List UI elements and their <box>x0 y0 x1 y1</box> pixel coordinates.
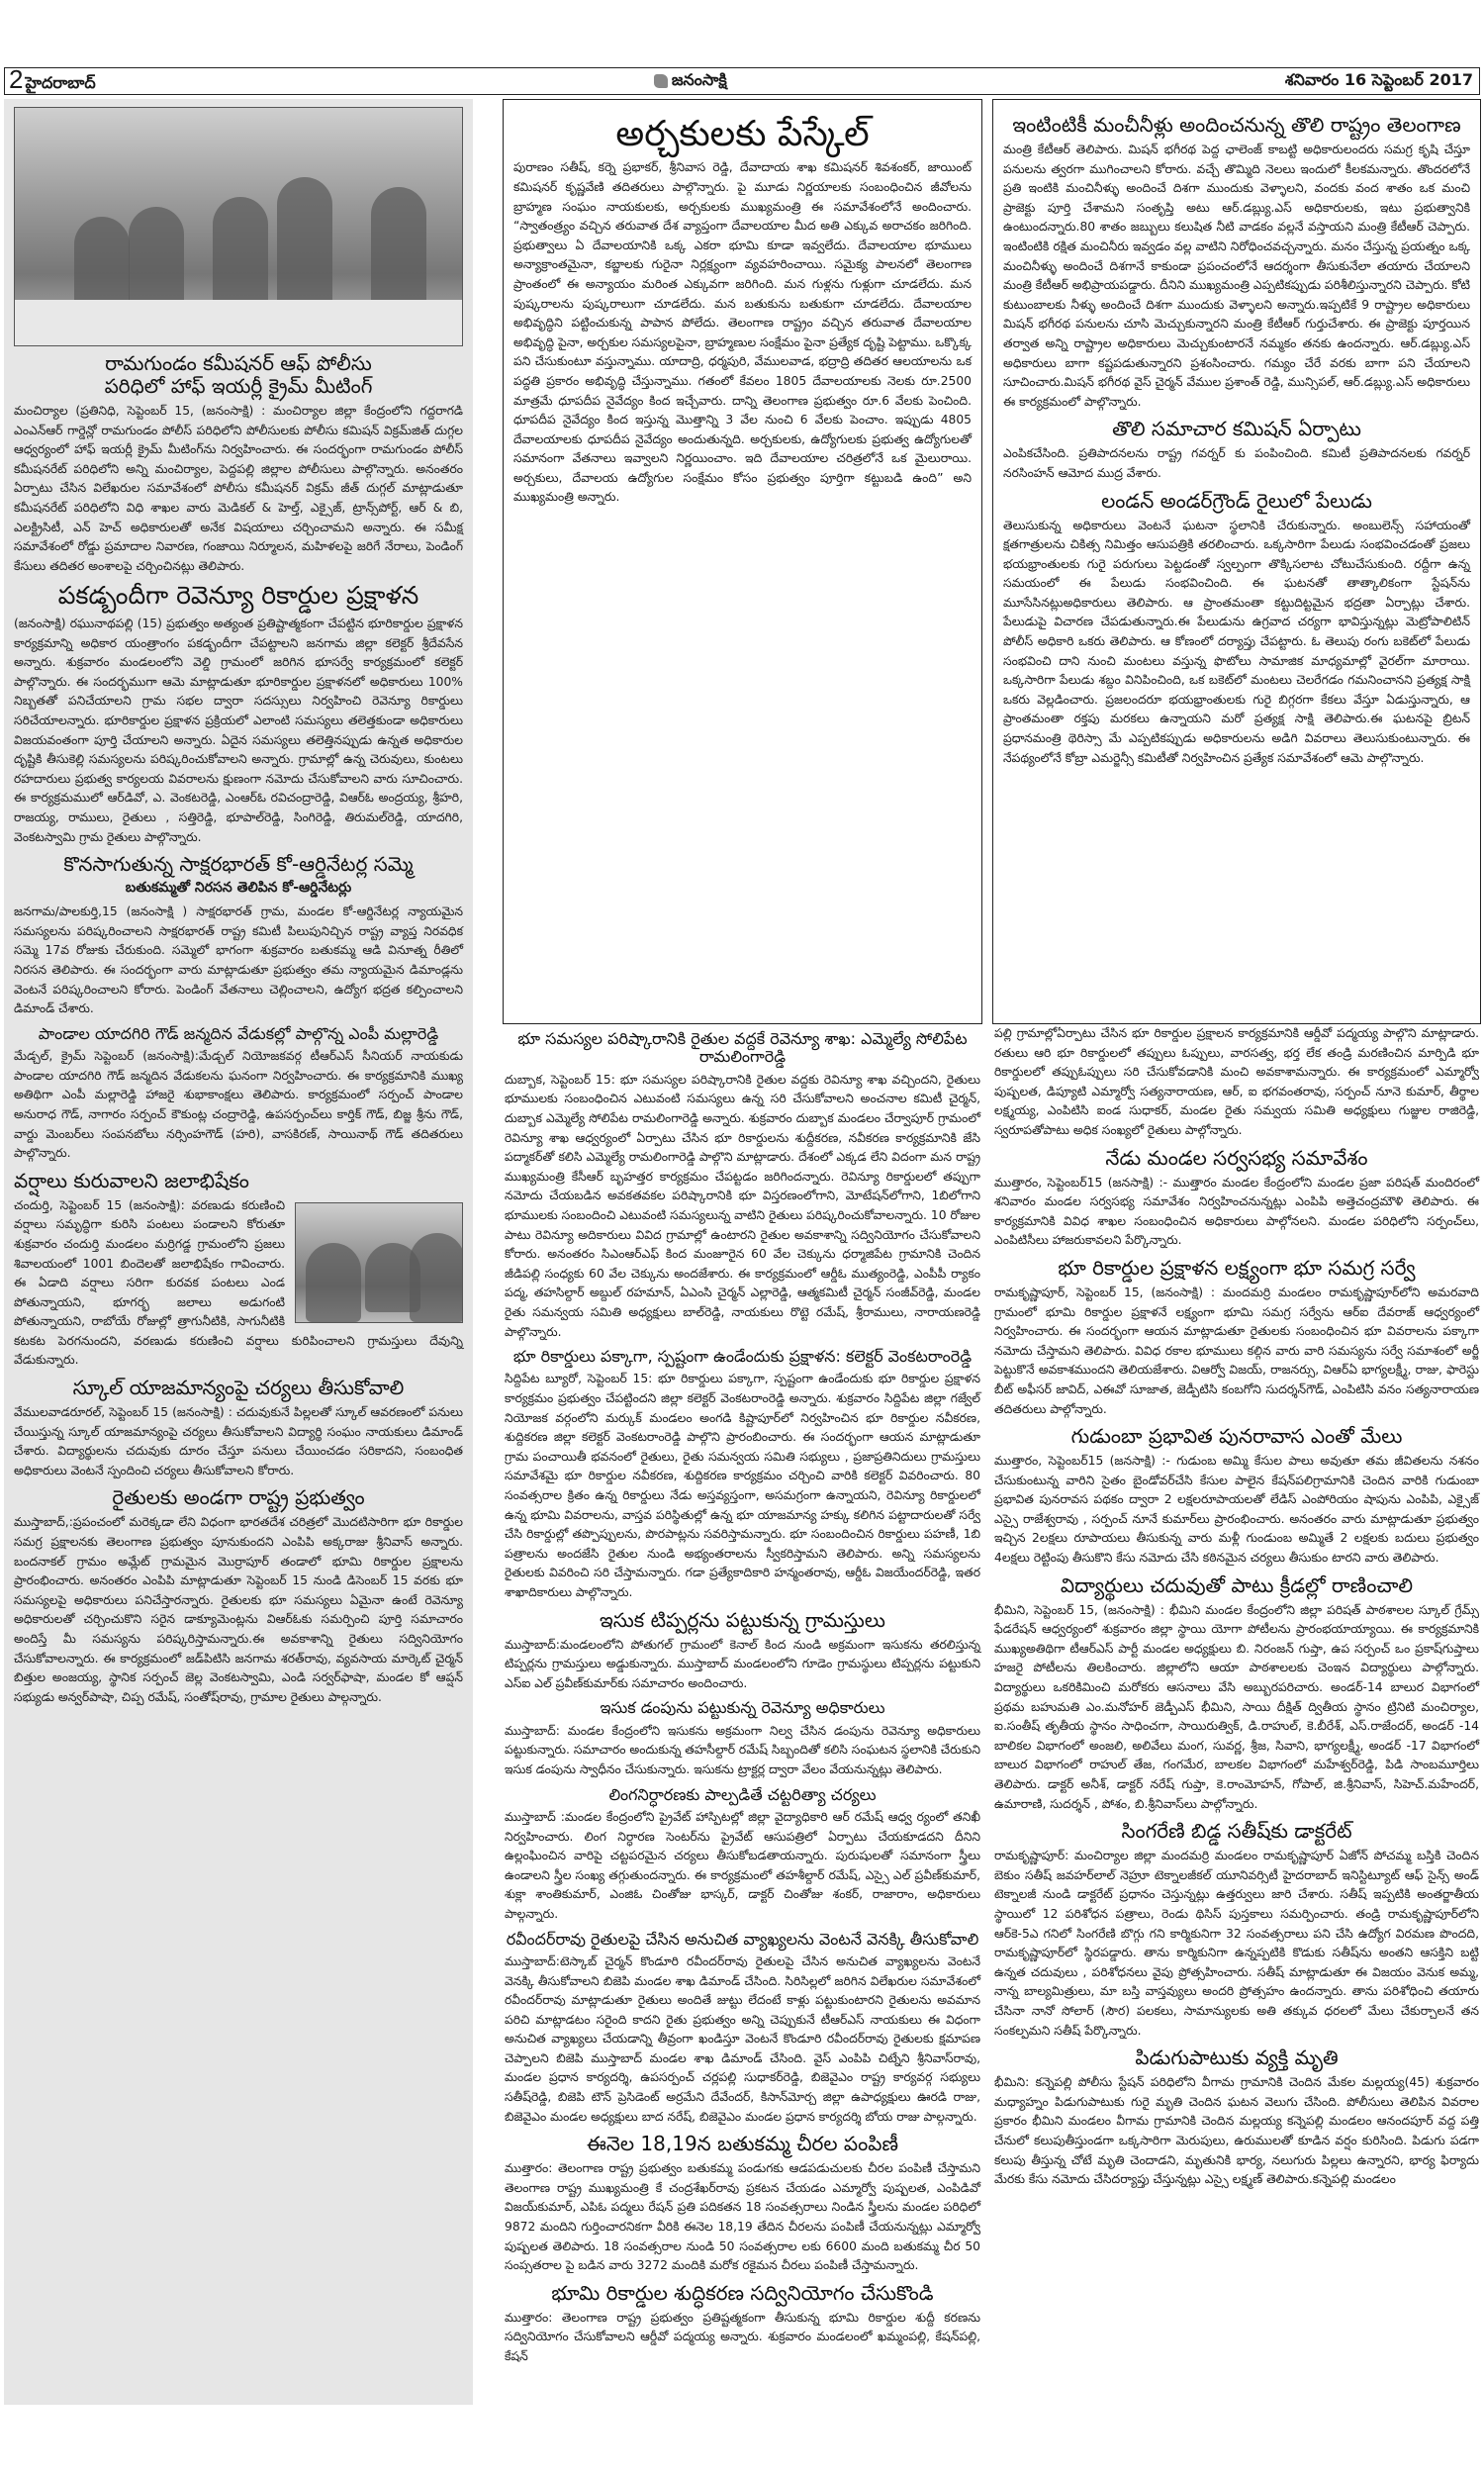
police-meeting-photo <box>14 107 463 346</box>
article-body: భీమిని: కన్నెపల్లి పోలీసు స్టేషన్ పరిధిల… <box>994 2073 1479 2190</box>
article-mp-mallareddy: పాండాల యాదగిరి గౌడ్ జన్మదిన వేడుకల్లో పా… <box>14 1025 463 1164</box>
section-city: హైదరాబాద్ <box>25 73 95 96</box>
article-london-blast: లండన్ అండర్‌గ్రౌండ్ రైలులో పేలుడు తెలుసు… <box>1003 490 1470 769</box>
article-mandal-meeting: నేడు మండల సర్వసభ్య సమావేశం ముత్తారం, సెప… <box>994 1147 1479 1251</box>
article-gudumba-rehab: గుడుంబా ప్రభావిత పునరావాస ఎంతో మేలు ముత్… <box>994 1425 1479 1569</box>
headline: స్కూల్ యాజమాన్యంపై చర్యలు తీసుకోవాలి <box>14 1377 463 1399</box>
article-lightning-death: పిడుగుపాటుకు వ్యక్తి మృతి భీమిని: కన్నెప… <box>994 2047 1479 2190</box>
headline: విద్యార్థులు చదువుతో పాటు క్రీడల్లో రాణి… <box>994 1574 1479 1597</box>
article-crime-meeting: రామగుండం కమీషనర్ ఆఫ్ పోలీసు పరిధిలో హాఫ్… <box>14 352 463 576</box>
headline: పాండాల యాదగిరి గౌడ్ జన్మదిన వేడుకల్లో పా… <box>14 1025 463 1043</box>
headline: లింగనిర్ధారణకు పాల్పడితే చట్టరిత్యా చర్య… <box>505 1786 980 1804</box>
article-gender-determination: లింగనిర్ధారణకు పాల్పడితే చట్టరిత్యా చర్య… <box>505 1786 980 1925</box>
article-body: దుబ్బాక, సెప్టెంబర్ 15: భూ సమస్యల పరిష్క… <box>505 1071 980 1342</box>
headline: భూ రికార్డులు పక్కాగా, స్పష్టంగా ఉండేందు… <box>505 1348 980 1366</box>
article-land-survey: భూ రికార్డుల ప్రక్షాళన లక్ష్యంగా భూ సమగ్… <box>994 1257 1479 1419</box>
article-body: ముస్తాబాద్,:ప్రపంచంలో మరెక్కడా లేని విధం… <box>14 1513 463 1707</box>
article-body: ముస్తాబాద్ :మండల కేంద్రంలోని ప్రైవేట్ హా… <box>505 1808 980 1925</box>
right-top-box: ఇంటింటికీ మంచీనీళ్లు అందించనున్న తొలి రా… <box>992 99 1481 1024</box>
article-farmers-support: రైతులకు అండగా రాష్ట్ర ప్రభుత్వం ముస్తాబా… <box>14 1486 463 1707</box>
newspaper-name: జనంసాక్షి <box>672 70 727 93</box>
article-body: జనగామ/పాలకుర్తి,15 (జనంసాక్షి ) సాక్షరభా… <box>14 903 463 1019</box>
headline: ఇసుక టిప్పర్లను పట్టుకున్న గ్రామస్తులు <box>505 1609 980 1632</box>
headline: రైతులకు అండగా రాష్ట్ర ప్రభుత్వం <box>14 1486 463 1509</box>
article-bathukamma-sarees: ఈనెల 18,19న బతుకమ్మ చీరల పంపిణీ ముత్తారం… <box>505 2133 980 2276</box>
lead-headline: అర్చకులకు పేస్కేల్ <box>513 114 972 154</box>
article-revenue-records: పకడ్బందీగా రెవెన్యూ రికార్డుల ప్రక్షాళన … <box>14 582 463 847</box>
article-sand-dump: ఇసుక డంపును పట్టుకున్న రెవెన్యూ అధికారుల… <box>505 1699 980 1779</box>
article-body: వేములవాడరూరల్, సెప్టెంబర్ 15 (జనంసాక్షి)… <box>14 1403 463 1480</box>
article-singareni-doctorate: సింగరేణి బిడ్డ సతీష్‌కు డాక్టరేట్ రామకృష… <box>994 1820 1479 2041</box>
article-students-sports: విద్యార్థులు చదువుతో పాటు క్రీడల్లో రాణి… <box>994 1574 1479 1815</box>
masthead: 2 హైదరాబాద్ జనంసాక్షి శనివారం 16 సెప్టెం… <box>4 67 1480 95</box>
right-stories: పల్లి గ్రామాల్లోఏర్పాటు చేసిన భూ రికార్డ… <box>992 1024 1481 2190</box>
article-body: ముత్తారం, సెప్టెంబర్15 (జనసాక్షి) :- గుడ… <box>994 1452 1479 1569</box>
article-body: భీమిని, సెప్టెంబర్ 15, (జనంసాక్షి) : భీమ… <box>994 1601 1479 1815</box>
headline: పిడుగుపాటుకు వ్యక్తి మృతి <box>994 2047 1479 2069</box>
page-label: 2 హైదరాబాద్ <box>5 67 96 96</box>
brand-logo: జనంసాక్షి <box>654 70 727 93</box>
headline: సింగరేణి బిడ్డ సతీష్‌కు డాక్టరేట్ <box>994 1820 1479 1843</box>
headline: భూ రికార్డుల ప్రక్షాళన లక్ష్యంగా భూ సమగ్… <box>994 1257 1479 1280</box>
headline: ఈనెల 18,19న బతుకమ్మ చీరల పంపిణీ <box>505 2133 980 2155</box>
left-column: రామగుండం కమీషనర్ ఆఫ్ పోలీసు పరిధిలో హాఫ్… <box>4 99 473 2405</box>
headline: పకడ్బందీగా రెవెన్యూ రికార్డుల ప్రక్షాళన <box>14 582 463 611</box>
article-body: తెలుసుకున్న అధికారులు వెంటనే ఘటనా స్థలాన… <box>1003 517 1470 769</box>
article-body: ఎంపికచేసింది. ప్రతిపాదనలను రాష్ట్ర గవర్న… <box>1003 444 1470 483</box>
headline: నేడు మండల సర్వసభ్య సమావేశం <box>994 1147 1479 1170</box>
article-body: ముత్తారం: తెలంగాణ రాష్ట్ర ప్రభుత్వం బతుక… <box>505 2159 980 2276</box>
headline: లండన్ అండర్‌గ్రౌండ్ రైలులో పేలుడు <box>1003 490 1470 513</box>
headline: గుడుంబా ప్రభావిత పునరావాస ఎంతో మేలు <box>994 1425 1479 1448</box>
article-continued-rdo: పల్లి గ్రామాల్లోఏర్పాటు చేసిన భూ రికార్డ… <box>994 1024 1479 1141</box>
article-land-records-purification: భూమి రికార్డుల శుద్ధికరణ సద్వినియోగం చేస… <box>505 2282 980 2367</box>
page-number: 2 <box>9 67 23 91</box>
article-dubbaka-revenue: భూ సమస్యల పరిష్కారానికి రైతుల వద్దకే రెవ… <box>505 1030 980 1342</box>
article-body: రామకృష్ణాపూర్, సెప్టెంబర్ 15, (జనంసాక్షి… <box>994 1284 1479 1419</box>
article-body: రామకృష్ణాపూర్: మంచిర్యాల జిల్లా మందమర్రి… <box>994 1847 1479 2041</box>
headline: భూ సమస్యల పరిష్కారానికి రైతుల వద్దకే రెవ… <box>505 1030 980 1067</box>
article-body: (జనంసాక్షి) రఘునాథపల్లి (15) ప్రభుత్వం అ… <box>14 615 463 847</box>
article-body: ముత్తారం, సెప్టెంబర్15 (జనసాక్షి) :- ముత… <box>994 1174 1479 1251</box>
article-body: ముస్తాబాద్:మండలంలోని పోతుగల్ గ్రామంలో కె… <box>505 1636 980 1694</box>
lead-body: మంత్రి కేటీఆర్ తెలిపారు. మిషన్ భగీరథ పెద… <box>1003 141 1470 412</box>
issue-date: శనివారం 16 సెప్టెంబర్ 2017 <box>1285 70 1479 93</box>
article-saksharabharat-strike: కొనసాగుతున్న సాక్షరభారత్ కో-ఆర్డినేటర్ల … <box>14 853 463 1019</box>
article-body: సిద్దిపేట బ్యూరో, సెప్టెంబర్ 15: భూ రికా… <box>505 1370 980 1602</box>
article-sand-tippers: ఇసుక టిప్పర్లను పట్టుకున్న గ్రామస్తులు మ… <box>505 1609 980 1694</box>
article-body: ముస్తాబాద్: మండల కేంద్రంలోని ఇసుకను అక్ర… <box>505 1722 980 1780</box>
headline: కొనసాగుతున్న సాక్షరభారత్ కో-ఆర్డినేటర్ల … <box>14 853 463 876</box>
headline: భూమి రికార్డుల శుద్ధికరణ సద్వినియోగం చేస… <box>505 2282 980 2305</box>
article-jalabhishekam: వర్షాలు కురువాలని జలాభిషేకం చందుర్తి, సె… <box>14 1170 463 1371</box>
article-school-management: స్కూల్ యాజమాన్యంపై చర్యలు తీసుకోవాలి వేమ… <box>14 1377 463 1480</box>
middle-column: అర్చకులకు పేస్కేల్ పురాణం సతీష్, కర్నె ప… <box>503 99 982 2434</box>
headline: రామగుండం కమీషనర్ ఆఫ్ పోలీసు పరిధిలో హాఫ్… <box>14 352 463 398</box>
headline: ఇసుక డంపును పట్టుకున్న రెవెన్యూ అధికారుల… <box>505 1699 980 1717</box>
telangana-map-icon <box>654 74 668 88</box>
lead-body: పురాణం సతీష్, కర్నె ప్రభాకర్, శ్రీనివాస … <box>513 158 972 508</box>
article-body: ముస్తాబాద్:టెస్కాబ్ చైర్మన్ కొండూరి రవీం… <box>505 1952 980 2127</box>
headline: వర్షాలు కురువాలని జలాభిషేకం <box>14 1170 463 1192</box>
headline: రవీందర్‌రావు రైతులపై చేసిన అనుచిత వ్యాఖ్… <box>505 1931 980 1949</box>
article-collector-venkatramreddy: భూ రికార్డులు పక్కాగా, స్పష్టంగా ఉండేందు… <box>505 1348 980 1603</box>
article-body: మంచిర్యాల (ప్రతినిధి, సెప్టెంబర్ 15, (జన… <box>14 402 463 576</box>
article-ravinderrao-remarks: రవీందర్‌రావు రైతులపై చేసిన అనుచిత వ్యాఖ్… <box>505 1931 980 2128</box>
jalabhishekam-photo <box>295 1202 463 1323</box>
subheadline: బతుకమ్మతో నిరసన తెలిపిన కో-ఆర్డినేటర్లు <box>14 880 463 899</box>
article-body: ముత్తారం: తెలంగాణ రాష్ట్ర ప్రభుత్వం ప్రత… <box>505 2309 980 2367</box>
right-column: ఇంటింటికీ మంచీనీళ్లు అందించనున్న తొలి రా… <box>992 99 1481 2434</box>
article-body: పల్లి గ్రామాల్లోఏర్పాటు చేసిన భూ రికార్డ… <box>994 1024 1479 1141</box>
lead-headline: ఇంటింటికీ మంచీనీళ్లు అందించనున్న తొలి రా… <box>1003 114 1470 137</box>
article-information-commission: తొలి సమాచార కమిషన్ ఏర్పాటు ఎంపికచేసింది.… <box>1003 418 1470 483</box>
article-body: మేడ్చల్, క్రైమ్ సెప్టెంబర్ (జనంసాక్షి):మ… <box>14 1047 463 1164</box>
lead-story-box: అర్చకులకు పేస్కేల్ పురాణం సతీష్, కర్నె ప… <box>503 99 982 1024</box>
middle-stories: భూ సమస్యల పరిష్కారానికి రైతుల వద్దకే రెవ… <box>503 1030 982 2367</box>
headline: తొలి సమాచార కమిషన్ ఏర్పాటు <box>1003 418 1470 440</box>
